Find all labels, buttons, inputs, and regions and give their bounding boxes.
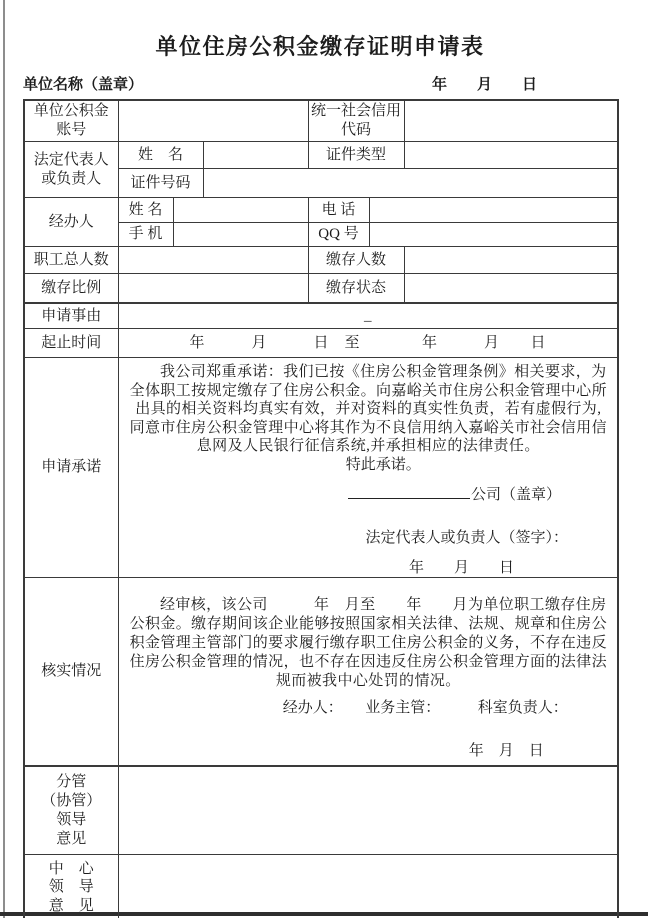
- period-label: 起止时间: [24, 329, 118, 358]
- total-staff-label: 职工总人数: [24, 247, 118, 274]
- commitment-content-cell: 我公司郑重承诺：我们已按《住房公积金管理条例》相关要求，为全体职工按规定缴存了住…: [118, 358, 618, 578]
- mobile-value-cell: [173, 223, 308, 247]
- id-type-value-cell: [404, 142, 618, 169]
- company-seal-line: 公司（盖章）: [128, 483, 610, 505]
- verification-content-cell: 经审核，该公司 年 月至 年 月为单位职工缴存住房公积金。缴存期间该企业能够按照…: [118, 578, 618, 767]
- header-date: 年 月 日: [432, 73, 537, 94]
- form-sheet: 单位住房公积金缴存证明申请表 单位名称（盖章） 年 月 日 单位公积金 账号 统…: [23, 0, 617, 918]
- verification-signers-line: 经办人： 业务主管： 科室负责人：: [128, 699, 610, 718]
- legal-sign-line: 法定代表人或负责人（签字）：: [128, 529, 610, 548]
- unit-account-label: 单位公积金 账号: [24, 100, 118, 142]
- center-leader-opinion-cell: [118, 855, 618, 918]
- apply-reason-label: 申请事由: [24, 303, 118, 329]
- deposit-status-value-cell: [404, 274, 618, 304]
- verification-content: 经审核，该公司 年 月至 年 月为单位职工缴存住房公积金。缴存期间该企业能够按照…: [119, 583, 618, 761]
- qq-label: QQ 号: [308, 223, 369, 247]
- deposit-count-value-cell: [404, 247, 618, 274]
- deposit-ratio-value-cell: [118, 274, 308, 304]
- credit-code-label: 统一社会信用 代码: [308, 100, 404, 142]
- agent-name-value-cell: [173, 198, 308, 223]
- verification-label: 核实情况: [24, 578, 118, 767]
- scanned-form-page: 单位住房公积金缴存证明申请表 单位名称（盖章） 年 月 日 单位公积金 账号 统…: [0, 0, 648, 918]
- qq-value-cell: [369, 223, 618, 247]
- row-deposit-ratio: 缴存比例 缴存状态: [24, 274, 618, 304]
- row-verification: 核实情况 经审核，该公司 年 月至 年 月为单位职工缴存住房公积金。缴存期间该企…: [24, 578, 618, 767]
- row-agent-name: 经办人 姓 名 电 话: [24, 198, 618, 223]
- company-seal-label: 公司（盖章）: [471, 487, 561, 503]
- total-staff-value-cell: [118, 247, 308, 274]
- scan-edge-left: [3, 0, 5, 918]
- branch-leader-opinion-cell: [118, 766, 618, 855]
- mobile-label: 手 机: [118, 223, 173, 247]
- row-legal-rep-name: 法定代表人 或负责人 姓 名 证件类型: [24, 142, 618, 169]
- signature-underline: [348, 483, 470, 499]
- phone-value-cell: [369, 198, 618, 223]
- center-leader-label: 中 心 领 导 意 见: [24, 855, 118, 918]
- credit-code-value-cell: [404, 100, 618, 142]
- verification-date-line: 年 月 日: [128, 742, 610, 761]
- agent-label: 经办人: [24, 198, 118, 247]
- row-staff-counts: 职工总人数 缴存人数: [24, 247, 618, 274]
- commitment-date-line: 年 月 日: [128, 559, 610, 578]
- application-form-table: 单位公积金 账号 统一社会信用 代码 法定代表人 或负责人 姓 名 证件类型 证…: [23, 99, 619, 918]
- id-number-label: 证件号码: [118, 169, 203, 198]
- legal-rep-name-label: 姓 名: [118, 142, 203, 169]
- row-center-leader-opinion: 中 心 领 导 意 见: [24, 855, 618, 918]
- row-period: 起止时间 年 月 日 至 年 月 日: [24, 329, 618, 358]
- form-header-line: 单位名称（盖章） 年 月 日: [23, 73, 617, 94]
- commitment-content: 我公司郑重承诺：我们已按《住房公积金管理条例》相关要求，为全体职工按规定缴存了住…: [119, 358, 618, 577]
- row-unit-account: 单位公积金 账号 统一社会信用 代码: [24, 100, 618, 142]
- row-commitment: 申请承诺 我公司郑重承诺：我们已按《住房公积金管理条例》相关要求，为全体职工按规…: [24, 358, 618, 578]
- unit-name-label: 单位名称（盖章）: [23, 73, 143, 94]
- deposit-count-label: 缴存人数: [308, 247, 404, 274]
- legal-rep-name-value-cell: [203, 142, 308, 169]
- period-value: 年 月 日 至 年 月 日: [118, 329, 618, 358]
- phone-label: 电 话: [308, 198, 369, 223]
- form-title: 单位住房公积金缴存证明申请表: [23, 30, 617, 61]
- deposit-ratio-label: 缴存比例: [24, 274, 118, 304]
- branch-leader-label: 分管 （协管） 领导 意见: [24, 766, 118, 855]
- agent-name-label: 姓 名: [118, 198, 173, 223]
- id-type-label: 证件类型: [308, 142, 404, 169]
- row-apply-reason: 申请事由 _: [24, 303, 618, 329]
- legal-rep-label: 法定代表人 或负责人: [24, 142, 118, 198]
- apply-reason-value-cell: _: [118, 303, 618, 329]
- commitment-paragraph: 我公司郑重承诺：我们已按《住房公积金管理条例》相关要求，为全体职工按规定缴存了住…: [128, 363, 610, 456]
- deposit-status-label: 缴存状态: [308, 274, 404, 304]
- verification-paragraph: 经审核，该公司 年 月至 年 月为单位职工缴存住房公积金。缴存期间该企业能够按照…: [128, 596, 610, 691]
- commitment-label: 申请承诺: [24, 358, 118, 578]
- unit-account-value-cell: [118, 100, 308, 142]
- apply-reason-mark: _: [364, 308, 372, 324]
- commitment-pledge: 特此承诺。: [128, 456, 610, 475]
- id-number-value-cell: [203, 169, 618, 198]
- row-branch-leader-opinion: 分管 （协管） 领导 意见: [24, 766, 618, 855]
